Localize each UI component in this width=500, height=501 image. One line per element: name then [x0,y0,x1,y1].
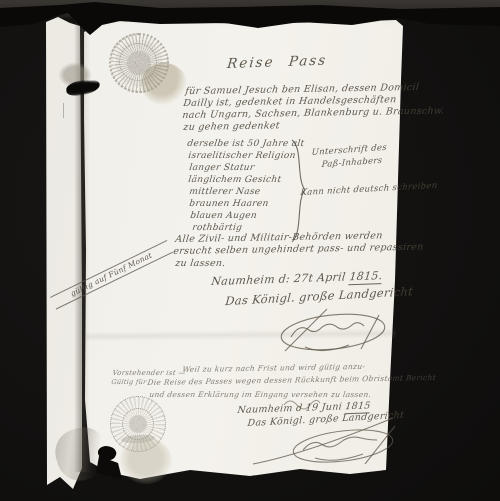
issue-year: 1815. [349,269,384,285]
official-signature-flourish [275,305,390,355]
visa-line: Vorstehender ist — [112,369,186,377]
pen-mark [63,103,64,118]
visa-line: Gültig für [111,378,147,386]
water-stain [120,438,172,484]
visa-signature-flourish [245,412,400,470]
signalement-line: mittlerer Nase [189,187,261,197]
signalement-line: braunen Haaren [189,199,270,209]
photo-of-travel-pass: Reise Pass für Samuel Jesuch ben Elisan,… [0,0,500,501]
body-line: zu gehen gedenket [183,120,281,133]
clause-line: zu lassen. [174,258,226,269]
signalement-line: israelitischer Religion [188,151,297,161]
signalement-line: länglichem Gesicht [188,175,282,185]
signalement-line: rothbärtig [192,223,243,233]
visa-line: und dessen Erklärung im Eingang versehen… [149,390,372,399]
signalement-line: blauen Augen [190,211,258,221]
embossed-seal [109,33,169,93]
signalement-line: langer Statur [189,163,255,173]
